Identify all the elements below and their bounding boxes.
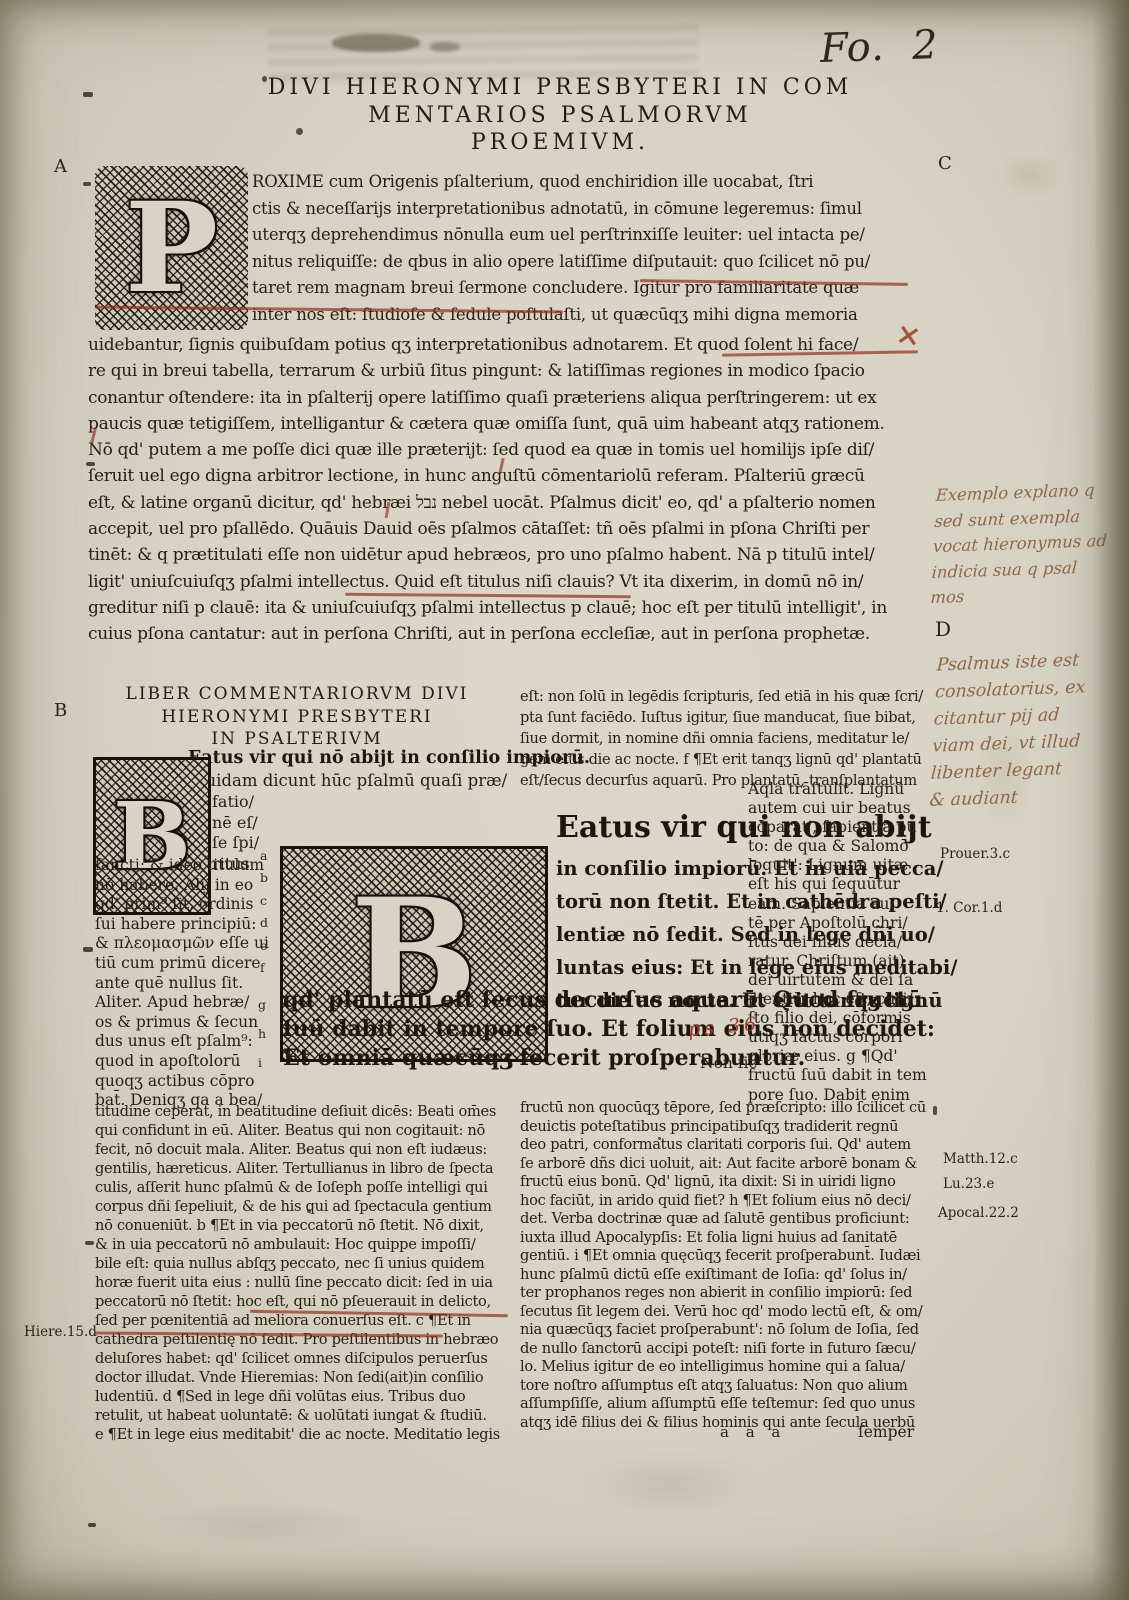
handwritten-margin-note-1: Exemplo explano q sed sunt exempla vocat… bbox=[930, 477, 1111, 611]
scanned-book-page: Fo. 2 DIVI HIERONYMI PRESBYTERI IN COM M… bbox=[0, 0, 1129, 1600]
red-margin-cross-mark: × bbox=[893, 316, 924, 355]
non-sic-note: Non ſic bbox=[700, 1054, 757, 1072]
incipit-second-line: Quidam dicunt hūc pſalmū quaſi præ/ bbox=[192, 771, 507, 790]
ink-speck bbox=[296, 128, 303, 135]
page-title: DIVI HIERONYMI PRESBYTERI IN COM MENTARI… bbox=[210, 74, 910, 157]
left-column-wide-lines: titudine ceperat, in beatitudine deſiuit… bbox=[95, 1102, 500, 1444]
lemma-letters-g-i: g h i bbox=[258, 990, 266, 1077]
handwritten-margin-note-2: Psalmus iste est consolatorius, ex citan… bbox=[929, 647, 1088, 815]
ink-bleedthrough-smudge bbox=[268, 16, 699, 80]
quire-signature-mark: a a a bbox=[720, 1423, 786, 1441]
page-edge-curl-shading bbox=[1093, 0, 1129, 1600]
margin-ref-luke: Lu.23.e bbox=[943, 1176, 994, 1192]
paper-stain bbox=[995, 150, 1065, 200]
ink-blot bbox=[430, 42, 460, 52]
proem-text-beside-initial: ROXIME cum Origenis pſalterium, quod enc… bbox=[252, 169, 870, 329]
paper-stain bbox=[580, 1450, 760, 1520]
proem-text-full-width: uidebantur, ſignis quibuſdam potius qʒ i… bbox=[88, 332, 887, 648]
margin-letter-c: C bbox=[938, 153, 952, 174]
ink-speck bbox=[933, 1106, 937, 1115]
commentary-section-heading: LIBER COMMENTARIORVM DIVI HIERONYMI PRES… bbox=[92, 683, 502, 751]
binding-mark bbox=[83, 182, 91, 186]
left-column-mid-lines: ſancti: & ideo titulum nō habere. Alij i… bbox=[95, 856, 269, 1111]
margin-letter-b: B bbox=[54, 700, 67, 721]
margin-ref-jeremiah: Hiere.15.d bbox=[24, 1324, 97, 1340]
margin-ref-matthew: Matth.12.c bbox=[943, 1151, 1018, 1167]
binding-mark bbox=[83, 947, 93, 952]
margin-letter-a: A bbox=[54, 156, 67, 177]
margin-ref-proverbs: Prouer.3.c bbox=[940, 846, 1010, 862]
right-column-bottom-lines: fructū non quocūqʒ tēpore, ſed præſcript… bbox=[520, 1099, 926, 1432]
right-column-narrow-lines: Aqla trāſtulit. Lignū autem cui uir beat… bbox=[748, 780, 927, 1105]
right-column-top-lines: eſt: non ſolū in legēdis ſcripturis, ſed… bbox=[520, 686, 923, 791]
lemma-letters-a-f: a b c d e f bbox=[260, 845, 268, 979]
ink-speck bbox=[262, 76, 267, 82]
ink-speck bbox=[307, 1209, 311, 1213]
binding-mark bbox=[88, 1523, 96, 1527]
catchword: ſemper bbox=[858, 1423, 914, 1441]
margin-ref-corinthians: 1. Cor.1.d bbox=[936, 900, 1002, 916]
initial-letter-p: P bbox=[125, 176, 218, 321]
binding-mark bbox=[83, 92, 93, 97]
ink-speck bbox=[658, 1137, 661, 1140]
ink-blot bbox=[332, 34, 420, 52]
paper-stain bbox=[150, 1500, 370, 1550]
margin-ref-apocalypse: Apocal.22.2 bbox=[938, 1205, 1019, 1221]
binding-mark bbox=[86, 462, 95, 466]
binding-mark bbox=[85, 1241, 94, 1245]
margin-letter-d: D bbox=[935, 617, 951, 641]
folio-number: Fo. 2 bbox=[819, 22, 939, 72]
